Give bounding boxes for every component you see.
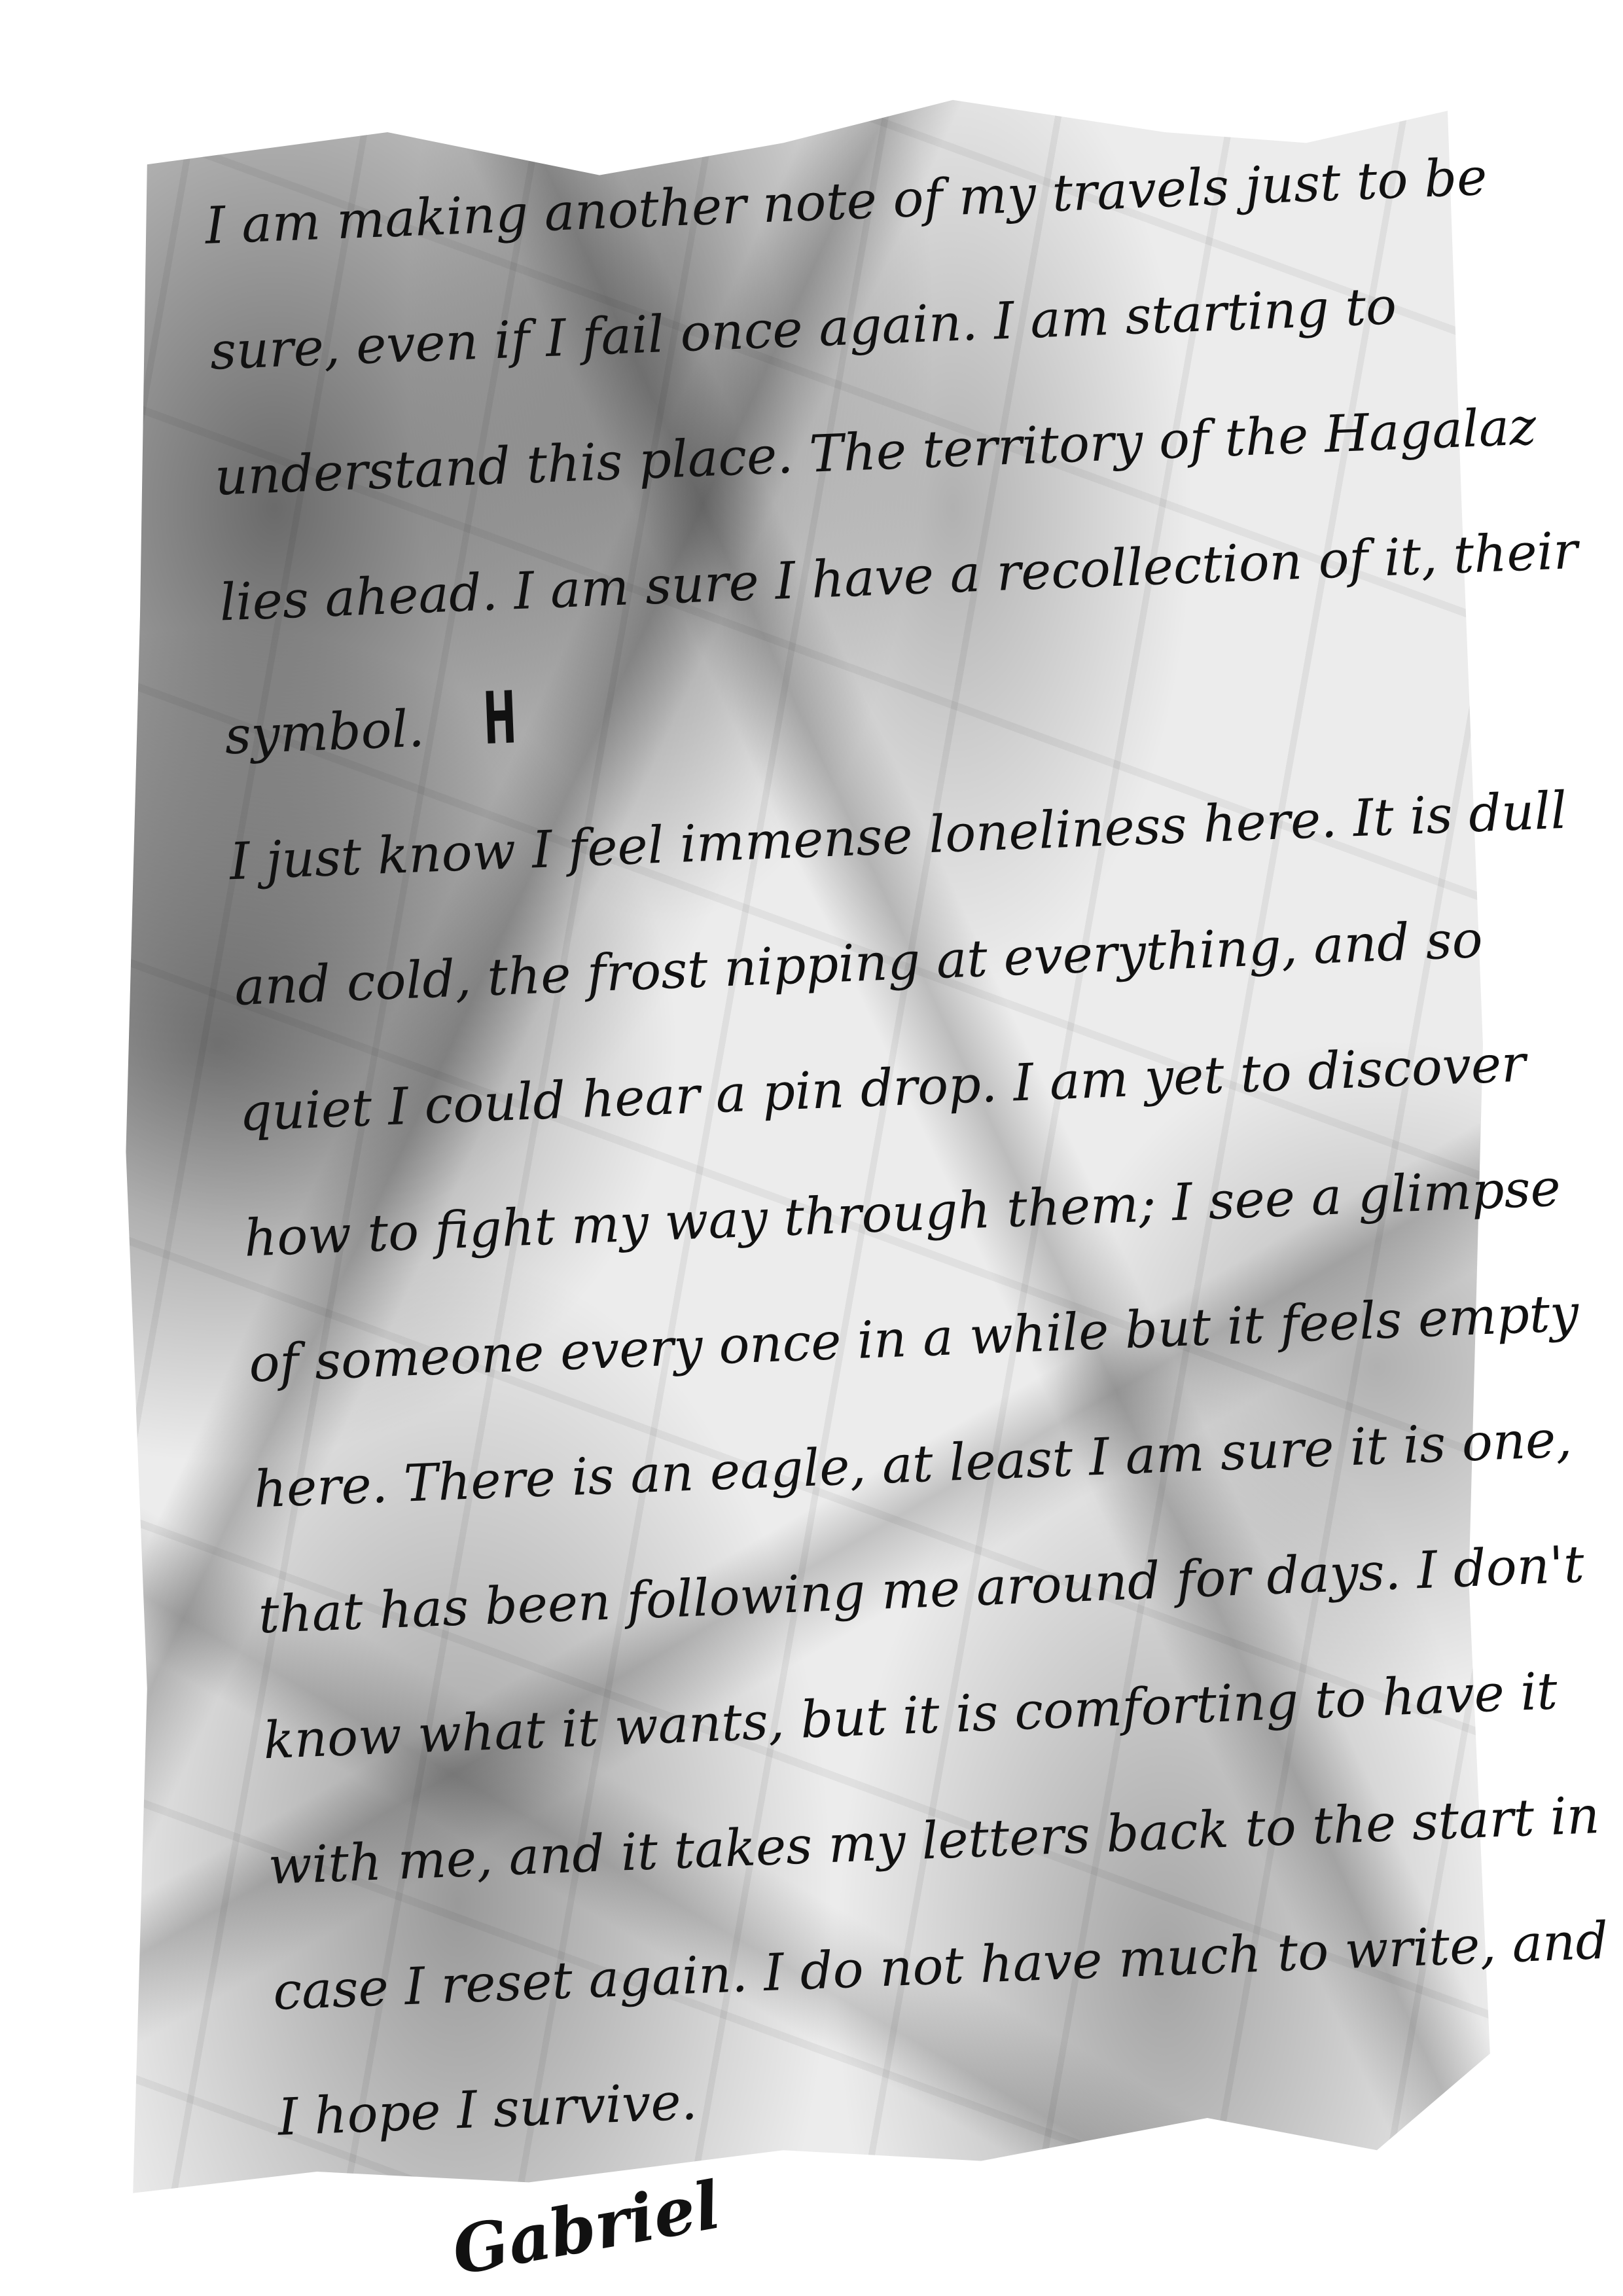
letter-line: symbol. <box>224 700 425 766</box>
letter-body: I am making another note of my travels j… <box>203 115 1567 2296</box>
hagalaz-rune-icon: H <box>481 655 519 781</box>
